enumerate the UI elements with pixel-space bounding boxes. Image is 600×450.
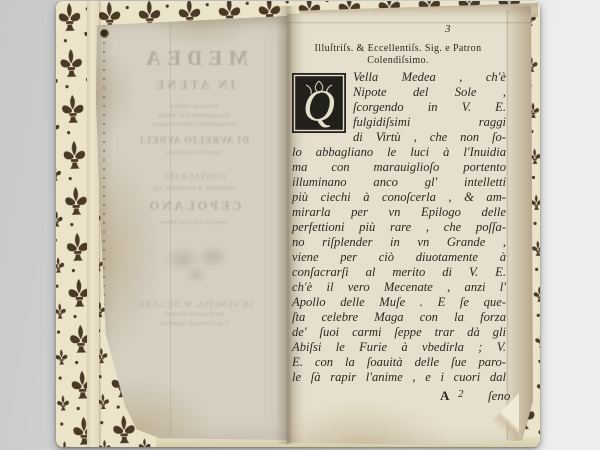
- signature-letter: A: [440, 388, 449, 404]
- showthrough-line: Da rappreſentarſi in Venetia: [110, 112, 278, 119]
- text-line: mirarla per vn Epilogo delle: [292, 205, 506, 220]
- showthrough-line: Opera Decimaſettima: [110, 149, 278, 156]
- text-line: fulgidiſsimi raggi: [353, 115, 506, 130]
- svg-text:Q: Q: [303, 81, 335, 130]
- text-line: illuminano anco gl' intelletti: [292, 175, 506, 190]
- showthrough-line: Per Franceſco Nicolini.: [110, 311, 278, 318]
- text-line: Apollo delle Muſe . E ſe que-: [292, 295, 506, 310]
- wormhole: [100, 29, 109, 38]
- showthrough-line: Drama per Muſica: [110, 103, 278, 110]
- dedication-body: Q Vella Medea , ch'è Nipote del Sole , ſ…: [292, 70, 506, 385]
- showthrough-line: IN VENETIA, M.DC.LXXV.: [110, 300, 278, 309]
- text-line: più ciechi à conoſcerla , & am-: [292, 190, 506, 205]
- text-line: perfettioni più rare , che poſſa-: [292, 220, 506, 235]
- showthrough-line: All'Illuſtriſs. & Eccellentiſs. Sig.: [110, 185, 278, 192]
- showthrough-line: MEDEA: [110, 46, 278, 71]
- showthrough-line: DI AVRELIO AVRELI: [110, 136, 278, 146]
- dedication-header: Illuſtriſs. & Eccellentiſs. Sig. e Patro…: [293, 43, 503, 67]
- horizontal-crease: [287, 22, 533, 24]
- page-number: 3: [445, 23, 451, 35]
- text-line: le ſà rapir l'anime , e i cuori dal: [292, 370, 506, 385]
- text-line: Abiſsi le Furie à vbedirla ; V.: [292, 340, 506, 355]
- text-line: ſta celebre Maga con la forza: [292, 310, 506, 325]
- left-page-verso: MEDEA IN ATENE Drama per Muſica Da rappr…: [94, 16, 288, 440]
- woodcut-initial-Q: Q: [292, 73, 346, 133]
- signature-number: 2: [458, 388, 464, 400]
- right-page-recto: 3 Illuſtriſs. & Eccellentiſs. Sig. e Pat…: [287, 6, 533, 445]
- text-line: lo abbagliano le luci à l'Inuidia: [292, 145, 506, 160]
- title-page-showthrough: MEDEA IN ATENE Drama per Muſica Da rappr…: [110, 46, 278, 327]
- showthrough-line: IN ATENE: [110, 78, 278, 93]
- header-line-1: Illuſtriſs. & Eccellentiſs. Sig. e Patro…: [293, 43, 503, 55]
- text-line: Nipote del Sole ,: [353, 85, 506, 100]
- showthrough-line: CONSACRATA: [110, 172, 278, 181]
- header-line-2: Colendiſsimo.: [293, 55, 503, 67]
- text-line: E. con la ſoauità delle ſue paro-: [292, 355, 506, 370]
- text-line: ch'è il vero Mecenate , anzi l': [292, 280, 506, 295]
- showthrough-line: Con Licenza de' Superiori.: [110, 320, 278, 327]
- book-photo: MEDEA IN ATENE Drama per Muſica Da rappr…: [0, 0, 600, 450]
- text-line: de' ſuoi carmi ſeppe trar dà gli: [292, 325, 506, 340]
- text-line: ſcorgendo in V. E.: [353, 100, 506, 115]
- showthrough-line: CEPOLANO: [110, 199, 278, 214]
- text-line: di Virtù , che non ſo-: [353, 130, 506, 145]
- text-line: viene per ciò diuotamente à: [292, 250, 506, 265]
- catchword: ſeno: [488, 388, 510, 404]
- text-line: Vella Medea , ch'è: [353, 70, 506, 85]
- showthrough-line: Generale dell'Armi Venete: [110, 219, 278, 226]
- text-line: no riſplender in vn Grande ,: [292, 235, 506, 250]
- fore-edge-fold: [509, 6, 533, 445]
- text-line: ma con marauiglioſo portento: [292, 160, 506, 175]
- printer-ornament-showthrough: [146, 236, 242, 288]
- showthrough-line: nel famoſiſsimo Teatro Grimano: [110, 121, 278, 128]
- text-line: conſacrarſi al merito di V. E.: [292, 265, 506, 280]
